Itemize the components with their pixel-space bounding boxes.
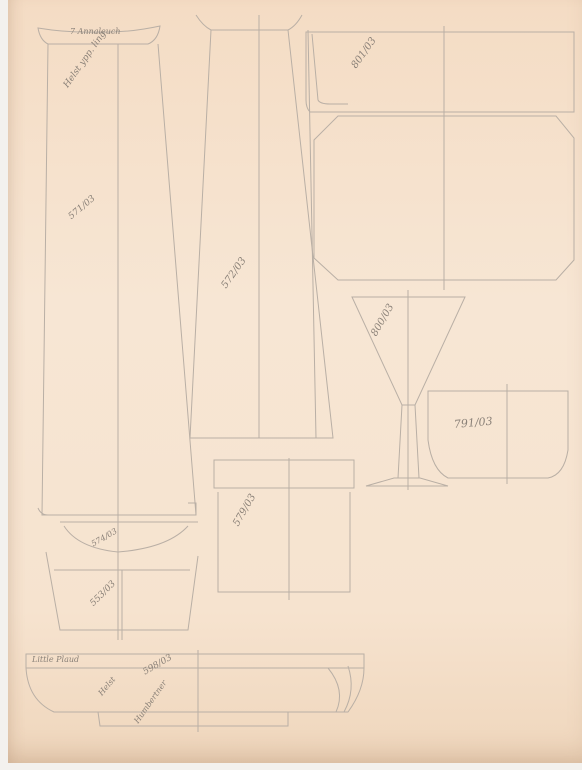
goblet-800-sketch	[352, 290, 465, 490]
pencil-sketches	[8, 0, 582, 763]
vase-572-sketch	[190, 15, 333, 438]
drawing-sheet: 7 Annaleuch Helst ypp. ling 571/03 572/0…	[8, 0, 582, 763]
vase-571-sketch	[38, 26, 196, 640]
basket-553-sketch	[46, 552, 198, 640]
label-long-bowl-header: Little Plaud	[32, 655, 79, 664]
lidded-box-sketch	[214, 458, 354, 600]
tray-801-sketch	[306, 26, 574, 290]
bowl-791-sketch	[428, 384, 568, 484]
dish-574-sketch	[60, 522, 198, 552]
